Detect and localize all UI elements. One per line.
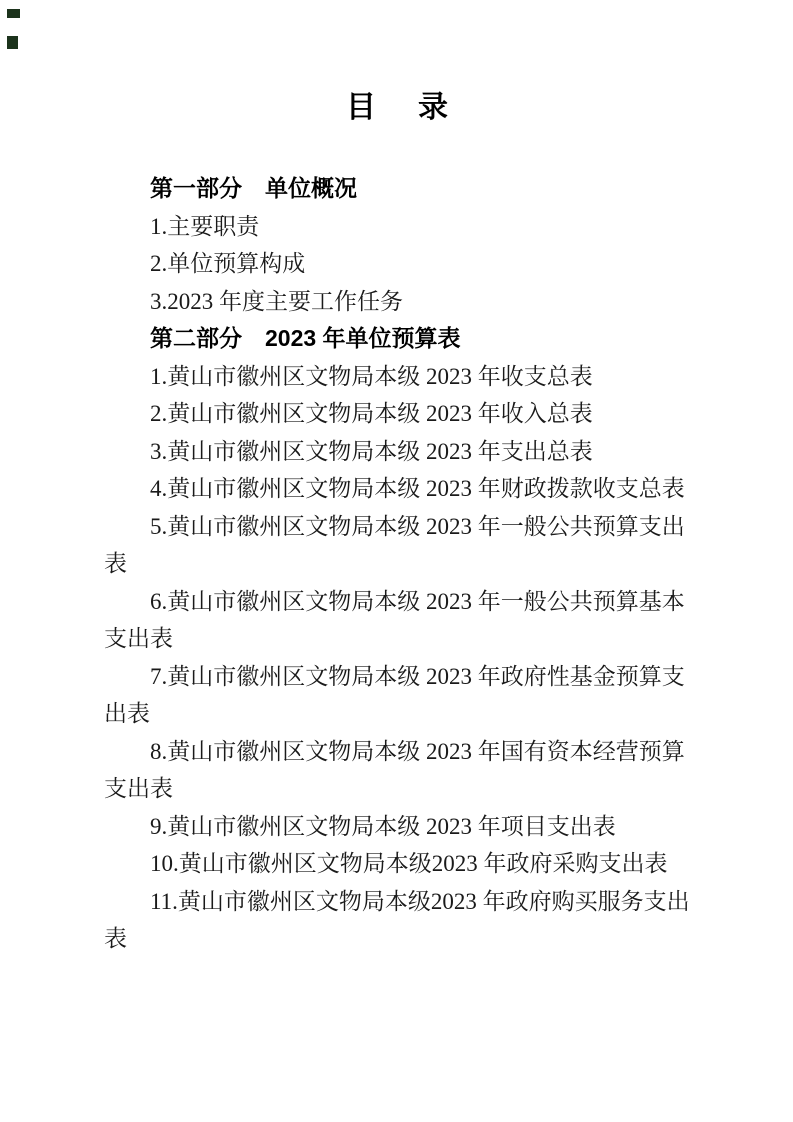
toc-item: 3.黄山市徽州区文物局本级 2023 年支出总表 (104, 433, 696, 471)
toc-item: 2.黄山市徽州区文物局本级 2023 年收入总表 (104, 395, 696, 433)
toc-item: 5.黄山市徽州区文物局本级 2023 年一般公共预算支出表 (104, 508, 696, 583)
document-page: 目 录 第一部分 单位概况 1.主要职责 2.单位预算构成 3.2023 年度主… (0, 0, 793, 1122)
page-title: 目 录 (104, 86, 696, 130)
toc-item: 4.黄山市徽州区文物局本级 2023 年财政拨款收支总表 (104, 470, 696, 508)
corner-artifact-mark-top (7, 9, 20, 18)
section-heading-part2: 第二部分 2023 年单位预算表 (104, 320, 696, 358)
corner-artifact-mark-bottom (7, 36, 18, 49)
toc-item: 1.主要职责 (104, 208, 696, 246)
section-heading-part1: 第一部分 单位概况 (104, 170, 696, 208)
toc-item: 3.2023 年度主要工作任务 (104, 283, 696, 321)
toc-item: 9.黄山市徽州区文物局本级 2023 年项目支出表 (104, 808, 696, 846)
toc-item: 7.黄山市徽州区文物局本级 2023 年政府性基金预算支出表 (104, 658, 696, 733)
toc-item: 2.单位预算构成 (104, 245, 696, 283)
toc-content: 目 录 第一部分 单位概况 1.主要职责 2.单位预算构成 3.2023 年度主… (0, 0, 696, 958)
toc-item: 1.黄山市徽州区文物局本级 2023 年收支总表 (104, 358, 696, 396)
toc-item: 6.黄山市徽州区文物局本级 2023 年一般公共预算基本支出表 (104, 583, 696, 658)
toc-item: 8.黄山市徽州区文物局本级 2023 年国有资本经营预算支出表 (104, 733, 696, 808)
toc-item: 10.黄山市徽州区文物局本级2023 年政府采购支出表 (104, 845, 696, 883)
toc-item: 11.黄山市徽州区文物局本级2023 年政府购买服务支出表 (104, 883, 696, 958)
